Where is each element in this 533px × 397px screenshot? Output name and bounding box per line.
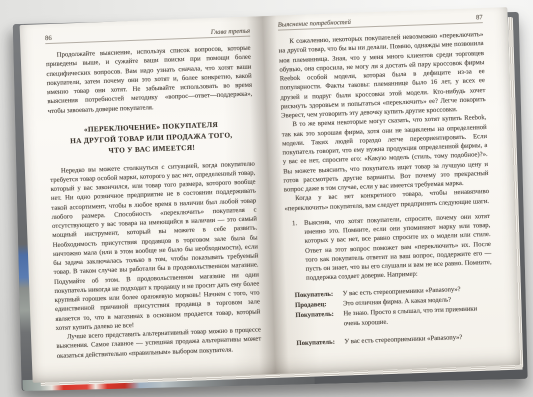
open-page-spread: 86 Глава третья Продолжайте выяснение, и… [20,7,521,383]
left-page-number: 86 [45,35,52,42]
left-page-header: 86 Глава третья [45,28,250,45]
right-page: Выяснение потребностей 87 К сожалению, н… [263,7,520,374]
example-dialogue: Покупатель: У вас есть стереоприемники «… [295,283,495,348]
left-running-head: Глава третья [211,28,250,36]
dialogue-speaker: Покупатель: [296,337,344,349]
numbered-step-1: 1. Выяснив, что хотят покупатели, спроси… [292,212,492,284]
right-page-number: 87 [476,14,483,21]
right-paragraph-2: В то же время некоторые могут сказать, ч… [281,113,489,194]
dialogue-line: Не знаю. Просто я слышал, что эти приемн… [343,303,494,329]
left-page: 86 Глава третья Продолжайте выяснение, и… [20,16,277,383]
right-running-head: Выяснение потребностей [278,19,351,29]
section-heading: «ПЕРЕКЛЮЧЕНИЕ» ПОКУПАТЕЛЯ НА ДРУГОЙ ТОВА… [53,117,249,158]
book-photo-backdrop: 86 Глава третья Продолжайте выяснение, и… [0,0,533,397]
right-paragraph-1: К сожалению, некоторых покупателей невоз… [278,30,486,121]
dialogue-speaker: Покупатель: [295,309,344,331]
dialogue-row: Покупатель: У вас есть стереоприемники «… [296,332,494,349]
left-paragraph-1: Продолжайте выяснение, используя список … [46,44,253,116]
dialogue-line: У вас есть стереоприемники «Panasony»? [344,332,494,348]
open-book: 86 Глава третья Продолжайте выяснение, и… [20,7,521,383]
left-paragraph-2: Нередко вы можете столкнуться с ситуацие… [50,159,261,333]
right-page-header: Выяснение потребностей 87 [278,14,483,31]
step-text: Выяснив, что хотят покупатели, спросите,… [304,212,492,284]
